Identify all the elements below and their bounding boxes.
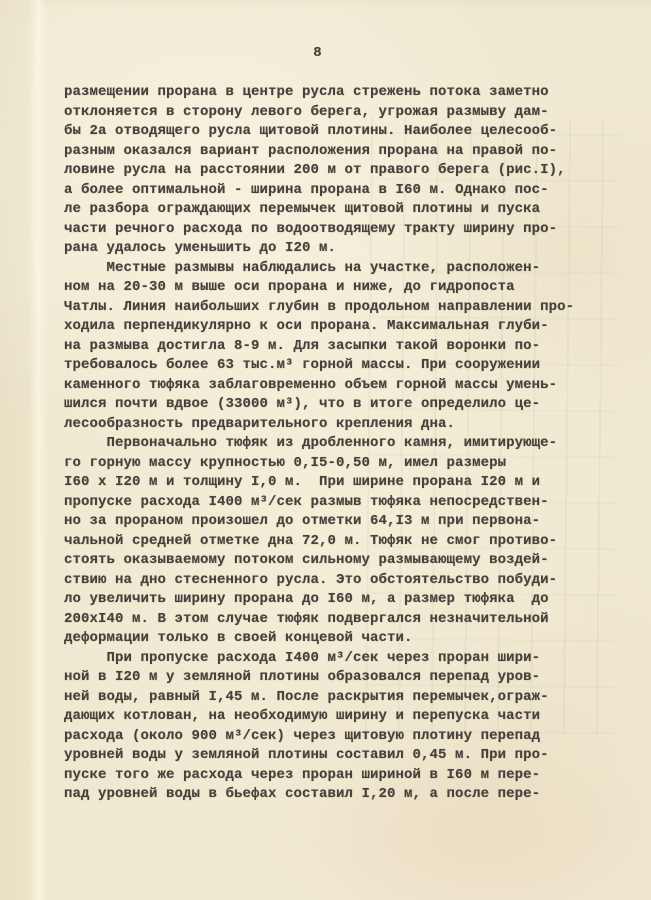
text-line: на размыва достигла 8-9 м. Для засыпки т… — [64, 337, 609, 357]
text-line: ло увеличить ширину прорана до I60 м, а … — [64, 590, 609, 610]
paragraph: При пропуске расхода I400 м³/сек через п… — [64, 649, 609, 805]
text-line: ле разбора ограждающих перемычек щитовой… — [64, 200, 609, 220]
text-line: уровней воды у земляной плотины составил… — [64, 746, 609, 766]
text-line: ствию на дно стесненного русла. Это обст… — [64, 571, 609, 591]
text-line: ном на 20-30 м выше оси прорана и ниже, … — [64, 278, 609, 298]
text-line: 200хI40 м. В этом случае тюфяк подвергал… — [64, 610, 609, 630]
paragraph: размещении прорана в центре русла стреже… — [64, 83, 609, 259]
text-line: отклоняется в сторону левого берега, угр… — [64, 103, 609, 123]
text-line: го горную массу крупностью 0,I5-0,50 м, … — [64, 454, 609, 474]
text-line: но за прораном произошел до отметки 64,I… — [64, 512, 609, 532]
text-line: лесообразность предварительного креплени… — [64, 415, 609, 435]
text-line: стоять оказываемому потоком сильному раз… — [64, 551, 609, 571]
text-line: бы 2а отводящего русла щитовой плотины. … — [64, 122, 609, 142]
text-line: Первоначально тюфяк из дробленного камня… — [64, 434, 609, 454]
text-line: ловине русла на расстоянии 200 м от прав… — [64, 161, 609, 181]
text-line: ной в I20 м у земляной плотины образовал… — [64, 668, 609, 688]
text-line: I60 х I20 м и толщину I,0 м. При ширине … — [64, 473, 609, 493]
text-line: пропуске расхода I400 м³/сек размыв тюфя… — [64, 493, 609, 513]
text-line: дающих котлован, на необходимую ширину и… — [64, 707, 609, 727]
text-line: Местные размывы наблюдались на участке, … — [64, 259, 609, 279]
text-line: требовалось более 63 тыс.м³ горной массы… — [64, 356, 609, 376]
text-line: части речного расхода по водоотводящему … — [64, 220, 609, 240]
text-line: пад уровней воды в бьефах составил I,20 … — [64, 785, 609, 805]
scanned-page: 8 размещении прорана в центре русла стре… — [0, 0, 651, 900]
text-line: шился почти вдвое (33000 м³), что в итог… — [64, 395, 609, 415]
text-line: ходила перпендикулярно к оси прорана. Ма… — [64, 317, 609, 337]
text-line: чальной средней отметке дна 72,0 м. Тюфя… — [64, 532, 609, 552]
text-line: При пропуске расхода I400 м³/сек через п… — [64, 649, 609, 669]
text-line: расхода (около 900 м³/сек) через щитовую… — [64, 727, 609, 747]
page-number: 8 — [0, 45, 643, 61]
text-line: размещении прорана в центре русла стреже… — [64, 83, 609, 103]
text-line: деформации только в своей концевой части… — [64, 629, 609, 649]
text-line: Чатлы. Линия наибольших глубин в продоль… — [64, 298, 609, 318]
text-line: а более оптимальной - ширина прорана в I… — [64, 181, 609, 201]
text-line: разным оказался вариант расположения про… — [64, 142, 609, 162]
paragraph: Первоначально тюфяк из дробленного камня… — [64, 434, 609, 649]
text-line: каменного тюфяка заблаговременно объем г… — [64, 376, 609, 396]
text-line: ней воды, равный I,45 м. После раскрытия… — [64, 688, 609, 708]
text-body: размещении прорана в центре русла стреже… — [64, 83, 609, 805]
paragraph: Местные размывы наблюдались на участке, … — [64, 259, 609, 435]
text-line: рана удалось уменьшить до I20 м. — [64, 239, 609, 259]
text-line: пуске того же расхода через проран ширин… — [64, 766, 609, 786]
